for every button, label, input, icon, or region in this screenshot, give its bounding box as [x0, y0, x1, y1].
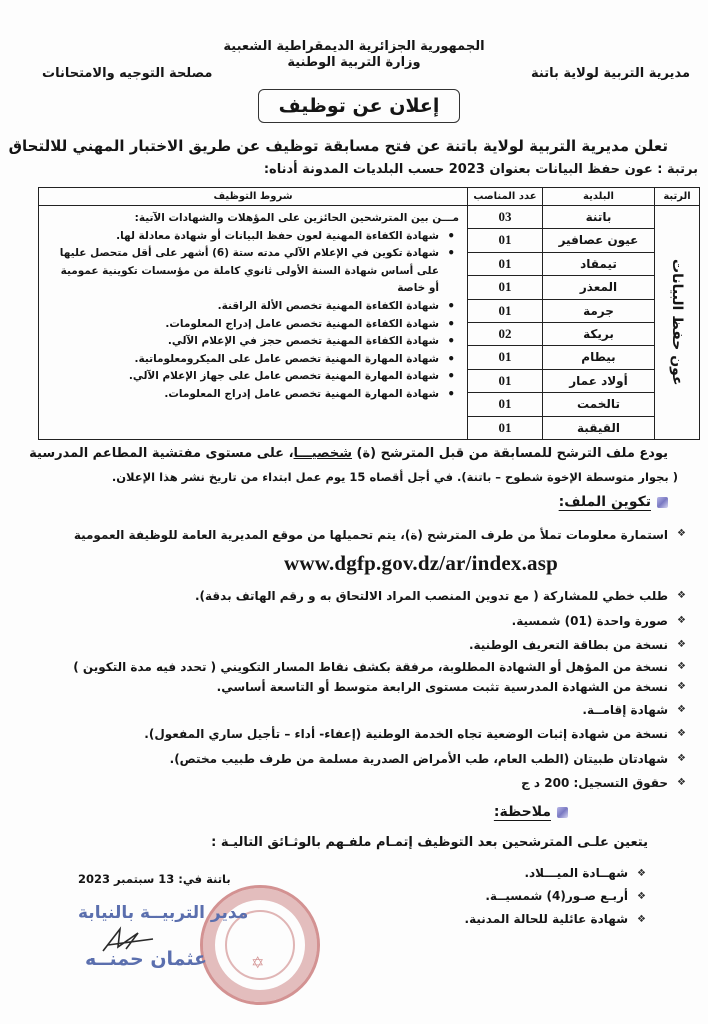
condition-item: شهادة الكفاءة المهنية تخصص حجز في الإعلا… — [47, 333, 459, 351]
file-item: طلب خطي للمشاركة ( مع تدوين المنصب المرا… — [20, 584, 688, 609]
table-cell-positions: 01 — [468, 370, 542, 393]
condition-item: شهادة المهارة المهنية تخصص عامل على جهاز… — [47, 368, 459, 386]
rank-value: عون حفظ البيانات — [669, 259, 685, 386]
intro-line-2: برتبة : عون حفظ البيانات بعنوان 2023 حسب… — [264, 162, 698, 177]
deposit-text-a: يودع ملف الترشح للمسابقة من قبل المترشح … — [357, 446, 668, 461]
table-cell-municipality: بريكة — [543, 323, 654, 346]
file-item: صورة واحدة (01) شمسية. — [20, 609, 688, 634]
table-cell-municipality: تالخمت — [543, 393, 654, 416]
table-cell-municipality: القيقبة — [543, 417, 654, 440]
directorate-name: مديرية التربية لولاية باتنة — [531, 66, 690, 81]
table-cell-positions: 01 — [468, 253, 542, 276]
date-line: باتنة في: 13 سبتمبر 2023 — [78, 872, 231, 886]
table-cell-municipality: تيمقاد — [543, 253, 654, 276]
note-section-heading: ملاحظة: — [494, 804, 568, 820]
rank-column: الرتبة عون حفظ البيانات — [654, 188, 699, 439]
condition-item: شهادة الكفاءة المهنية تخصص عامل إدراج ال… — [47, 316, 459, 334]
website-link[interactable]: www.dgfp.gov.dz/ar/index.asp — [284, 551, 558, 576]
table-cell-municipality: أولاد عمار — [543, 370, 654, 393]
file-item: نسخة من الشهادة المدرسية تثبت مستوى الرا… — [20, 676, 688, 698]
file-item: نسخة من بطاقة التعريف الوطنية. — [20, 633, 688, 658]
table-cell-positions: 01 — [468, 229, 542, 252]
file-item: استمارة معلومات تملأ من طرف المترشح (ة)،… — [20, 528, 688, 542]
deposit-line-1: يودع ملف الترشح للمسابقة من قبل المترشح … — [20, 446, 668, 461]
deposit-line-2: ( بجوار متوسطة الإخوة شطوح – باتنة). في … — [112, 470, 678, 484]
table-cell-municipality: بيطام — [543, 346, 654, 369]
file-item: حقوق التسجيل: 200 د ج — [20, 771, 688, 796]
note-item: أربـع صـور(4) شمسيــة. — [465, 885, 648, 908]
decorative-bullet-icon — [557, 807, 568, 818]
file-item: شهادتان طبيتان (الطب العام، طب الأمراض ا… — [20, 747, 688, 772]
table-cell-municipality: باتنة — [543, 206, 654, 229]
table-cell-municipality: جرمة — [543, 300, 654, 323]
condition-item: شهادة الكفاءة المهنية تخصص الألة الراقنة… — [47, 298, 459, 316]
conditions-list: شهادة الكفاءة المهنية لعون حفظ البيانات … — [47, 228, 459, 404]
conditions-body: مـــن بين المترشحين الحائزين على المؤهلا… — [39, 206, 467, 404]
positions-column: عدد المناصب 03 01 01 01 01 02 01 01 01 0… — [467, 188, 542, 439]
service-name: مصلحة التوجيه والامتحانات — [42, 66, 212, 81]
announcement-page: الجمهورية الجزائرية الديمقراطية الشعبية … — [0, 0, 708, 1024]
header-positions: عدد المناصب — [468, 188, 542, 206]
deposit-emphasis: شخصيـــا — [294, 446, 352, 461]
note-text: يتعين علـى المترشحين بعد التوظيف إتمـام … — [211, 835, 648, 850]
rank-cell: عون حفظ البيانات — [655, 206, 699, 439]
file-list: استمارة معلومات تملأ من طرف المترشح (ة)،… — [20, 528, 688, 542]
table-cell-municipality: عيون عصافير — [543, 229, 654, 252]
file-item: شهادة إقامــة. — [20, 698, 688, 723]
note-section-title: ملاحظة: — [494, 804, 551, 820]
file-item: نسخة من المؤهل أو الشهادة المطلوبة، مرفق… — [20, 658, 688, 676]
table-cell-positions: 01 — [468, 393, 542, 416]
condition-item: شهادة المهارة المهنية تخصص عامل على المي… — [47, 351, 459, 369]
page-title: إعلان عن توظيف — [258, 89, 460, 123]
title-text: إعلان عن توظيف — [279, 95, 440, 117]
header-municipality: البلدية — [543, 188, 654, 206]
signatory-name: عثمان حمنــه — [85, 948, 207, 970]
republic-name: الجمهورية الجزائرية الديمقراطية الشعبية — [0, 38, 708, 56]
condition-item: شهادة الكفاءة المهنية لعون حفظ البيانات … — [47, 228, 459, 246]
file-section-heading: تكوين الملف: — [559, 494, 668, 510]
deposit-text-b: ، على مستوى مفتشية المطاعم المدرسية — [29, 446, 293, 461]
municipality-column: البلدية باتنة عيون عصافير تيمقاد المعذر … — [542, 188, 654, 439]
table-cell-positions: 03 — [468, 206, 542, 229]
conditions-intro: مـــن بين المترشحين الحائزين على المؤهلا… — [47, 210, 459, 228]
intro-line-1: تعلن مديرية التربية لولاية باتنة عن فتح … — [20, 137, 668, 155]
positions-table: الرتبة عون حفظ البيانات البلدية باتنة عي… — [38, 187, 700, 440]
header-conditions: شروط التوظيف — [39, 188, 467, 206]
table-cell-positions: 01 — [468, 300, 542, 323]
table-cell-positions: 02 — [468, 323, 542, 346]
file-list-continued: طلب خطي للمشاركة ( مع تدوين المنصب المرا… — [20, 584, 688, 796]
conditions-column: شروط التوظيف مـــن بين المترشحين الحائزي… — [39, 188, 467, 439]
file-item: نسخة من شهادة إثبات الوضعية تجاه الخدمة … — [20, 722, 688, 747]
condition-item: شهادة المهارة المهنية تخصص عامل إدراج ال… — [47, 386, 459, 404]
condition-item: شهادة تكوين في الإعلام الآلي مدته ستة (6… — [47, 245, 459, 298]
table-cell-positions: 01 — [468, 276, 542, 299]
signatory-title: مدير التربيــة بالنيابة — [78, 903, 248, 923]
note-item: شهــادة الميـــلاد. — [465, 862, 648, 885]
table-cell-positions: 01 — [468, 417, 542, 440]
note-list: شهــادة الميـــلاد. أربـع صـور(4) شمسيــ… — [465, 862, 648, 931]
note-item: شهادة عائلية للحالة المدنية. — [465, 908, 648, 931]
table-cell-municipality: المعذر — [543, 276, 654, 299]
file-section-title: تكوين الملف: — [559, 494, 651, 510]
table-cell-positions: 01 — [468, 346, 542, 369]
star-icon: ✡ — [251, 953, 264, 972]
header-rank: الرتبة — [655, 188, 699, 206]
decorative-bullet-icon — [657, 497, 668, 508]
